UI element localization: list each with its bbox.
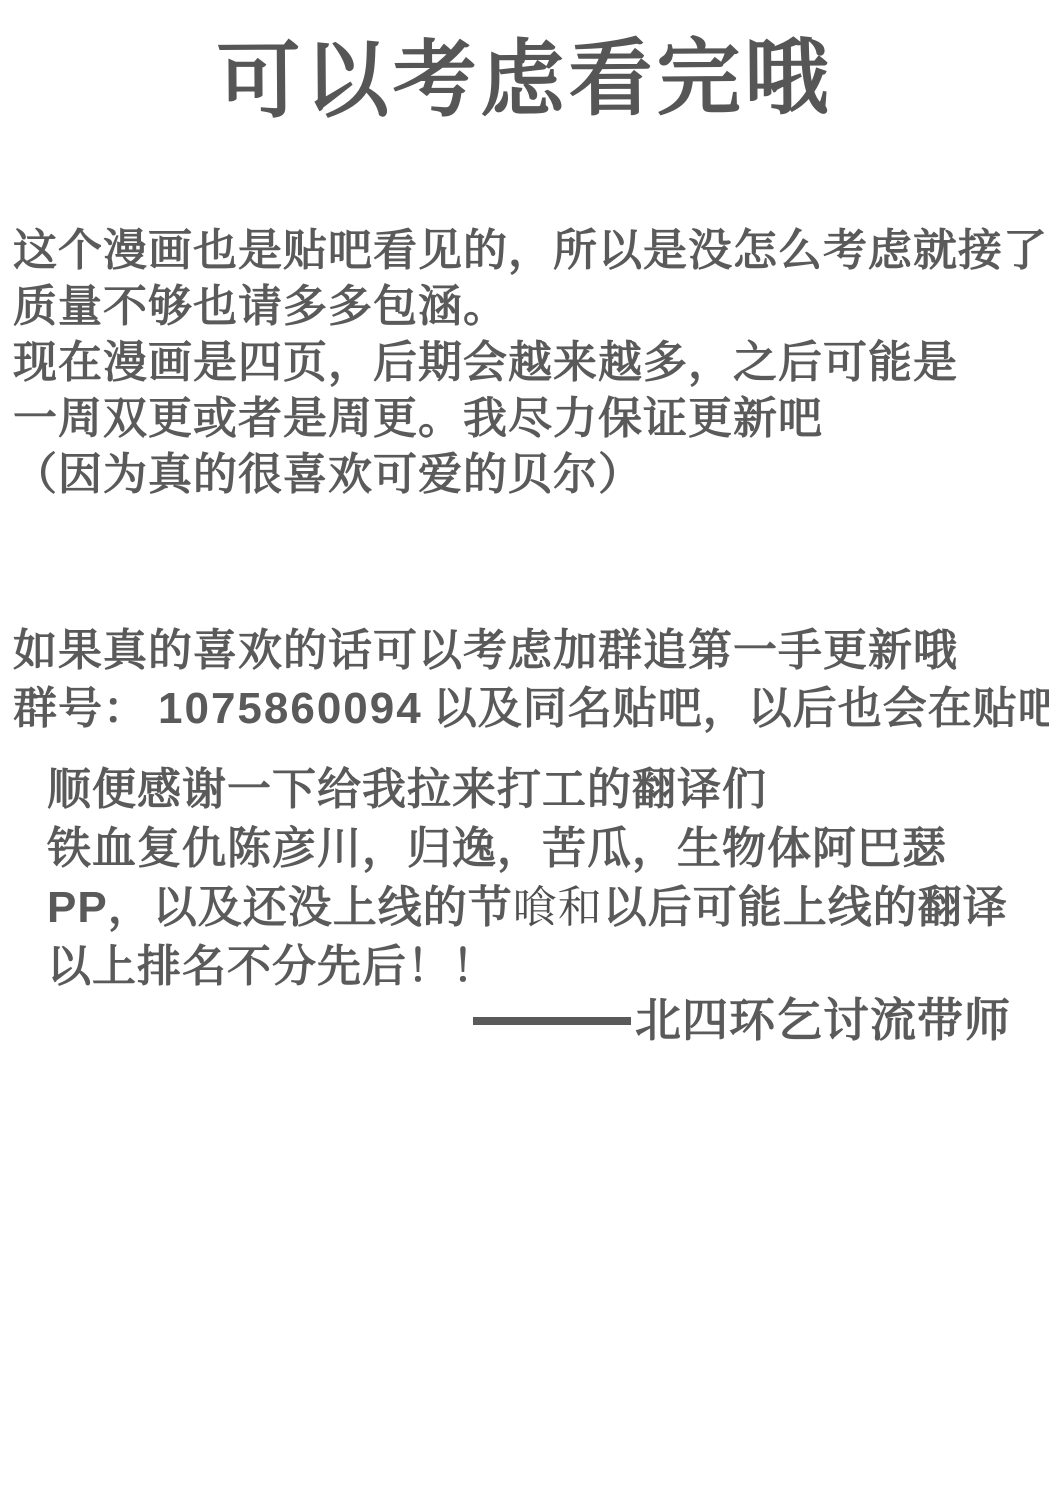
signature-dash <box>473 1017 631 1025</box>
thanks-line-3-altfont: 喰和 <box>513 883 603 932</box>
thanks-paragraph: 顺便感谢一下给我拉来打工的翻译们 铁血复仇陈彦川，归逸，苦瓜，生物体阿巴瑟 PP… <box>47 760 1008 996</box>
intro-line-1: 这个漫画也是贴吧看见的，所以是没怎么考虑就接了 <box>13 223 1048 279</box>
intro-paragraph: 这个漫画也是贴吧看见的，所以是没怎么考虑就接了 质量不够也请多多包涵。 现在漫画… <box>13 223 1048 503</box>
group-line-1: 如果真的喜欢的话可以考虑加群追第一手更新哦 <box>13 622 1049 680</box>
page-title: 可以考虑看完哦 <box>0 8 1049 136</box>
qq-group-number: 1075860094 <box>148 684 433 733</box>
intro-line-3: 现在漫画是四页，后期会越来越多，之后可能是 <box>13 335 1048 391</box>
thanks-line-2: 铁血复仇陈彦川，归逸，苦瓜，生物体阿巴瑟 <box>47 819 1008 878</box>
signature: 北四环乞讨流带师 <box>473 994 1011 1046</box>
signature-name: 北四环乞讨流带师 <box>635 994 1011 1046</box>
thanks-line-3: PP，以及还没上线的节喰和以后可能上线的翻译 <box>47 878 1008 937</box>
group-number-label: 群号： <box>13 684 148 733</box>
group-info-paragraph: 如果真的喜欢的话可以考虑加群追第一手更新哦 群号：1075860094以及同名贴… <box>13 622 1049 738</box>
thanks-line-3-part1: PP，以及还没上线的节 <box>47 883 513 932</box>
thanks-line-1: 顺便感谢一下给我拉来打工的翻译们 <box>47 760 1008 819</box>
intro-line-5: （因为真的很喜欢可爱的贝尔） <box>13 447 1048 503</box>
intro-line-2: 质量不够也请多多包涵。 <box>13 279 1048 335</box>
thanks-line-3-part3: 以后可能上线的翻译 <box>603 883 1008 932</box>
intro-line-4: 一周双更或者是周更。我尽力保证更新吧 <box>13 391 1048 447</box>
thanks-line-4: 以上排名不分先后！！ <box>47 937 1008 996</box>
group-line-2: 群号：1075860094以及同名贴吧，以后也会在贴吧更新 <box>13 680 1049 738</box>
group-line-2-suffix: 以及同名贴吧，以后也会在贴吧更新 <box>433 684 1049 733</box>
translator-note-page: 可以考虑看完哦 这个漫画也是贴吧看见的，所以是没怎么考虑就接了 质量不够也请多多… <box>0 0 1049 1488</box>
